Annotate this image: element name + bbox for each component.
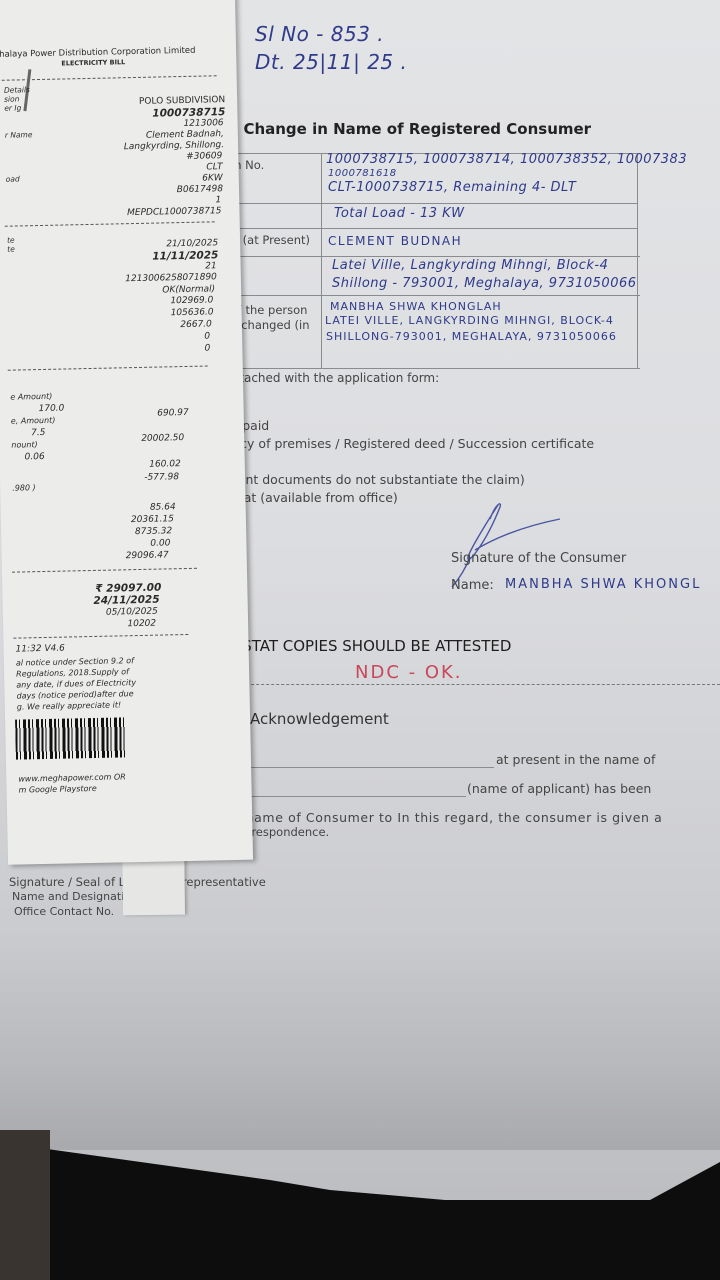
connection-numbers: 1000738715, 1000738714, 1000738352, 1000…	[326, 152, 687, 167]
new-person-name: MANBHA SHWA KHONGLAH	[330, 300, 502, 313]
receipt-consumer-name: Clement Badnah,	[146, 129, 224, 141]
net-amount: 29096.47	[126, 550, 169, 561]
paper-shadow	[0, 930, 720, 1150]
present-address-line2: Shillong - 793001, Meghalaya, 9731050066	[332, 276, 637, 291]
document-item-2: ccupancy of premises / Registered deed /…	[195, 436, 594, 451]
ndc-ok-stamp: NDC - OK.	[355, 662, 463, 683]
form-title: - Change in Name of Registered Consumer	[232, 120, 591, 138]
receipt-doc-type: ELECTRICITY BILL	[61, 58, 125, 67]
ack-line1-suffix: at present in the name of	[496, 752, 655, 767]
new-person-address-2: SHILLONG-793001, MEGHALAYA, 9731050066	[326, 330, 617, 343]
website-link[interactable]: www.meghapower.com OR	[18, 772, 126, 783]
fixed-charge: 690.97	[157, 408, 189, 419]
energy-charge: 20002.50	[141, 433, 184, 444]
licensee-contact-label: Office Contact No.	[14, 905, 114, 918]
ack-line2-suffix: (name of applicant) has been	[467, 781, 651, 796]
background-object	[0, 1130, 50, 1280]
new-person-address-1: LATEI VILLE, LANGKYRDING MIHNGI, BLOCK-4	[325, 314, 614, 327]
units-consumed: 2667.0	[180, 319, 212, 330]
present-address-line1: Latei Ville, Langkyrding Mihngi, Block-4	[332, 258, 608, 273]
receipt-company: halaya Power Distribution Corporation Li…	[0, 46, 196, 60]
signature-label: Signature of the Consumer	[451, 551, 626, 566]
date-annotation: Dt. 25|11| 25 .	[255, 50, 407, 74]
due-date: 24/11/2025	[93, 594, 159, 607]
ack-account-blank[interactable]	[236, 767, 494, 768]
barcode	[15, 717, 126, 759]
connection-number-extra: 1000781618	[328, 168, 397, 179]
name-label: Name:	[451, 578, 494, 593]
subdivision: POLO SUBDIVISION	[139, 95, 225, 107]
consumer-name: MANBHA SHWA KHONGL	[505, 577, 701, 592]
acknowledgement-title: Acknowledgement	[250, 710, 389, 728]
previous-reading-date: 21/10/2025	[166, 238, 218, 249]
total-load: Total Load - 13 KW	[334, 206, 465, 221]
serial-number-annotation: Sl No - 853 .	[255, 22, 384, 46]
cut-line	[176, 684, 720, 685]
category-note: CLT-1000738715, Remaining 4- DLT	[328, 180, 576, 195]
licensee-name-label: Name and Designation	[12, 890, 138, 903]
electricity-bill-receipt: halaya Power Distribution Corporation Li…	[0, 0, 253, 865]
present-owner-name: CLEMENT BUDNAH	[328, 234, 462, 248]
